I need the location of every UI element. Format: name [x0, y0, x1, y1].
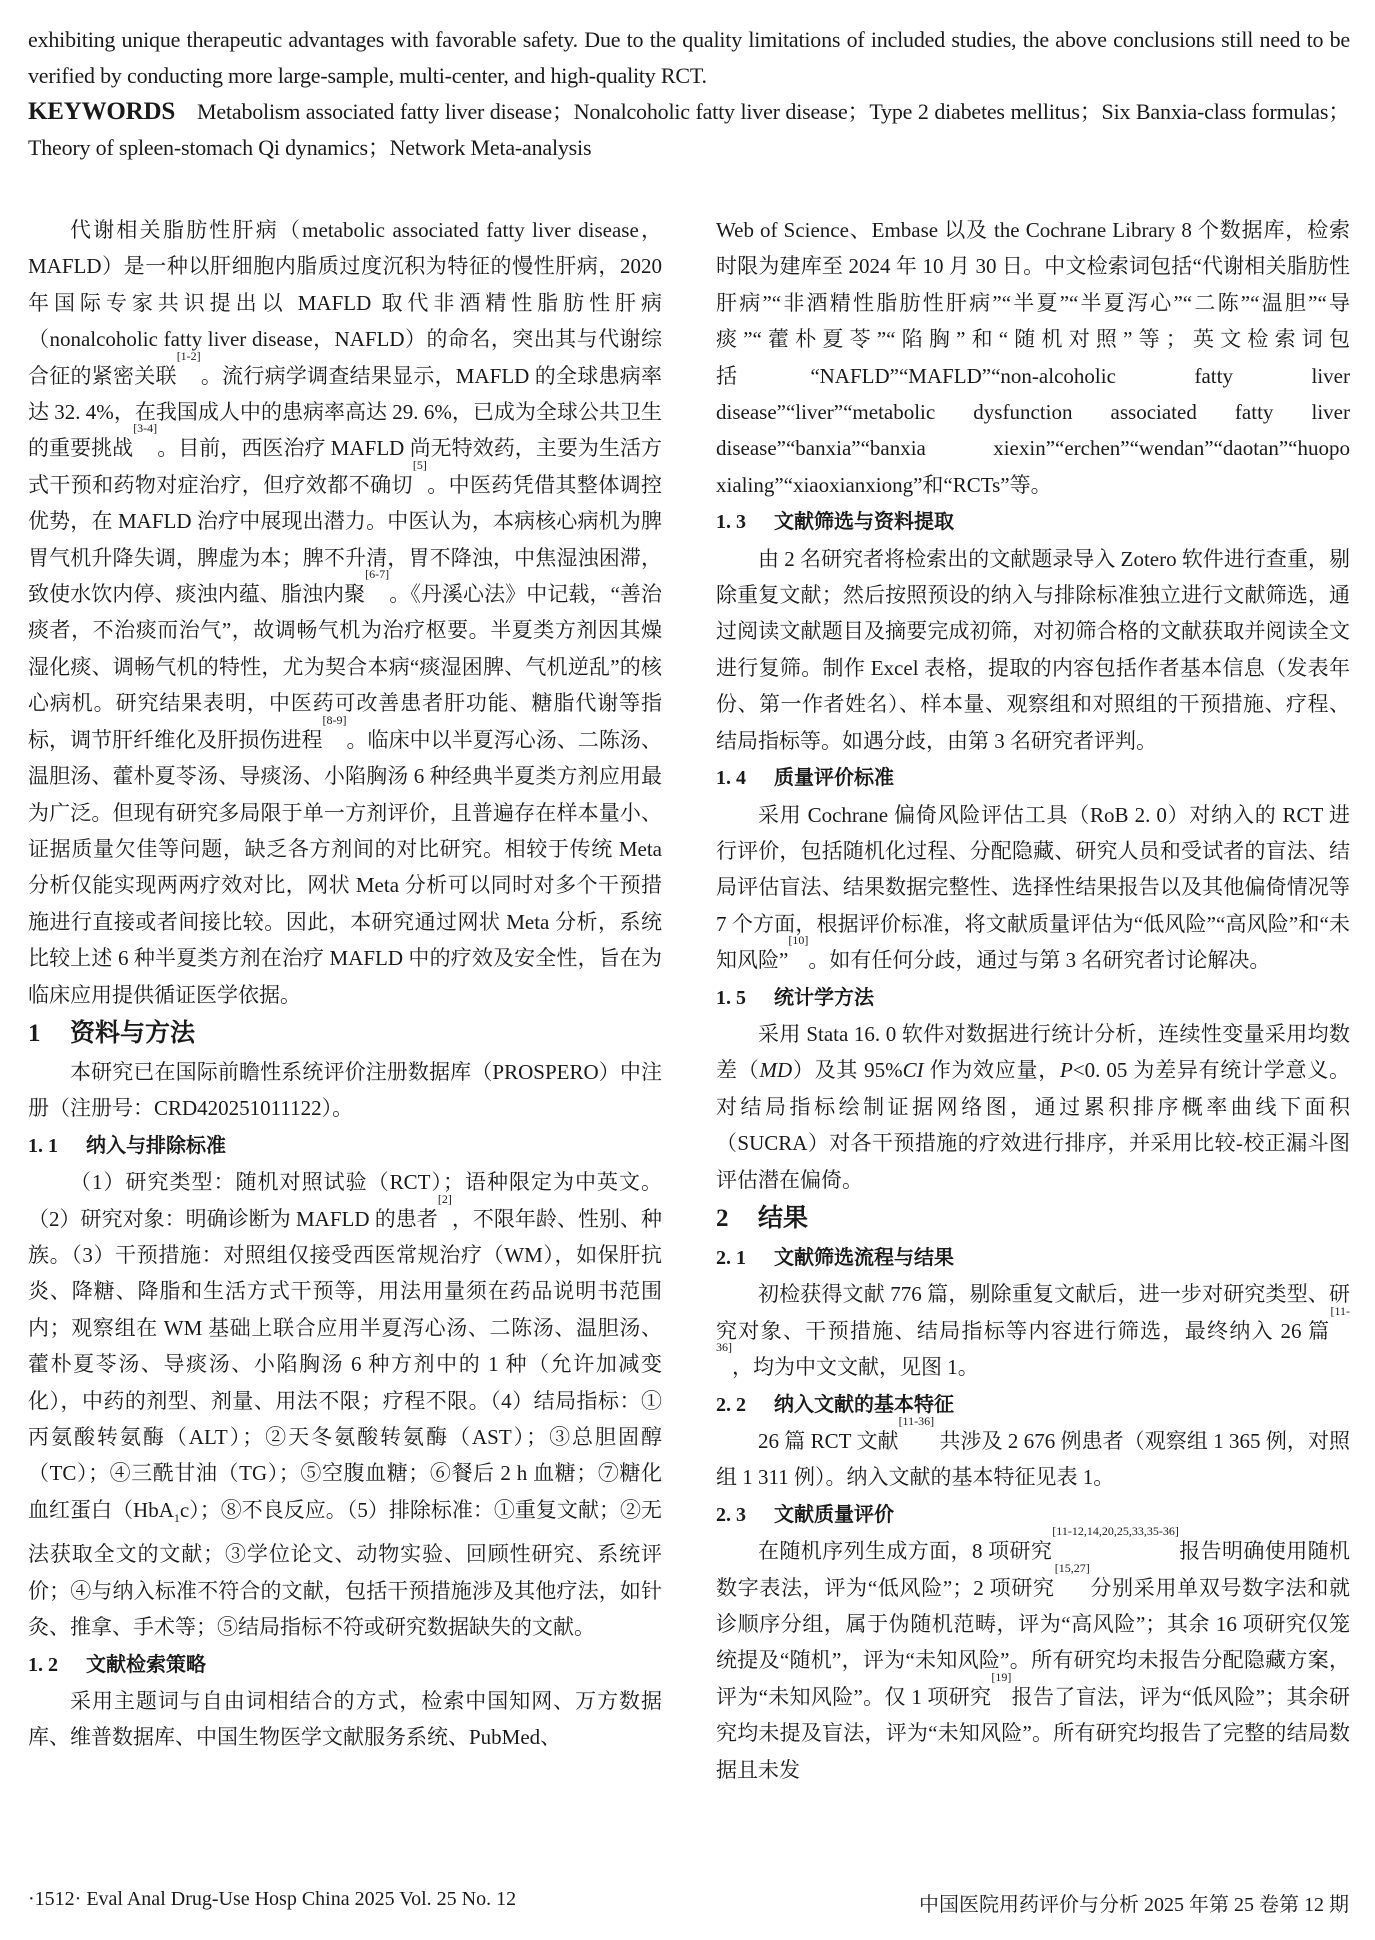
left-column: 代谢相关脂肪性肝病（metabolic associated fatty liv…	[28, 212, 662, 1756]
citation: [19]	[991, 1670, 1011, 1684]
right-column: Web of Science、Embase 以及 the Cochrane Li…	[716, 212, 1350, 1788]
citation: [8-9]	[322, 713, 346, 727]
intro-paragraph: 代谢相关脂肪性肝病（metabolic associated fatty liv…	[28, 212, 662, 1013]
subsection-heading-1-5: 1. 5统计学方法	[716, 979, 1350, 1016]
keywords-line: KEYWORDSMetabolism associated fatty live…	[28, 94, 1350, 166]
screening-paragraph: 由 2 名研究者将检索出的文献题录导入 Zotero 软件进行查重，剔除重复文献…	[716, 541, 1350, 759]
search-strategy-paragraph-start: 采用主题词与自由词相结合的方式，检索中国知网、万方数据库、维普数据库、中国生物医…	[28, 1683, 662, 1756]
statistics-paragraph: 采用 Stata 16. 0 软件对数据进行统计分析，连续性变量采用均数差（MD…	[716, 1016, 1350, 1198]
citation: [2]	[438, 1192, 452, 1206]
subsection-heading-1-2: 1. 2文献检索策略	[28, 1646, 662, 1683]
page-footer-left: ·1512· Eval Anal Drug-Use Hosp China 202…	[28, 1888, 516, 1911]
characteristics-paragraph: 26 篇 RCT 文献[11-36] 共涉及 2 676 例患者（观察组 1 3…	[716, 1423, 1350, 1496]
registration-paragraph: 本研究已在国际前瞻性系统评价注册数据库（PROSPERO）中注册（注册号：CRD…	[28, 1054, 662, 1127]
citation: [10]	[788, 933, 808, 947]
subsection-heading-2-1: 2. 1文献筛选流程与结果	[716, 1239, 1350, 1276]
keywords-list: Metabolism associated fatty liver diseas…	[28, 99, 1350, 160]
quality-assessment-paragraph: 在随机序列生成方面，8 项研究[11-12,14,20,25,33,35-36]…	[716, 1533, 1350, 1788]
section-heading-2: 2结果	[716, 1198, 1350, 1239]
subsection-heading-2-3: 2. 3文献质量评价	[716, 1496, 1350, 1533]
citation: [11-12,14,20,25,33,35-36]	[1052, 1524, 1179, 1538]
quality-criteria-paragraph: 采用 Cochrane 偏倚风险评估工具（RoB 2. 0）对纳入的 RCT 进…	[716, 797, 1350, 979]
subsection-heading-1-1: 1. 1纳入与排除标准	[28, 1127, 662, 1164]
citation: [1-2]	[177, 349, 201, 363]
keywords-label: KEYWORDS	[28, 98, 175, 125]
citation: [3-4]	[133, 421, 157, 435]
screening-results-paragraph: 初检获得文献 776 篇，剔除重复文献后，进一步对研究类型、研究对象、干预措施、…	[716, 1276, 1350, 1385]
section-heading-1: 1资料与方法	[28, 1013, 662, 1054]
citation: [15,27]	[1055, 1561, 1090, 1575]
subsection-heading-1-3: 1. 3文献筛选与资料提取	[716, 503, 1350, 540]
citation: [5]	[413, 458, 427, 472]
page-footer-right: 中国医院用药评价与分析 2025 年第 25 卷第 12 期	[919, 1888, 1349, 1917]
english-abstract-tail: exhibiting unique therapeutic advantages…	[28, 22, 1350, 166]
criteria-paragraph: （1）研究类型：随机对照试验（RCT）；语种限定为中英文。（2）研究对象：明确诊…	[28, 1164, 662, 1645]
citation: [11-36]	[899, 1414, 935, 1428]
citation: [6-7]	[365, 567, 389, 581]
abstract-conclusion-text: exhibiting unique therapeutic advantages…	[28, 22, 1350, 94]
subsection-heading-1-4: 1. 4质量评价标准	[716, 759, 1350, 796]
search-strategy-paragraph-cont: Web of Science、Embase 以及 the Cochrane Li…	[716, 212, 1350, 503]
subsection-heading-2-2: 2. 2纳入文献的基本特征	[716, 1386, 1350, 1423]
